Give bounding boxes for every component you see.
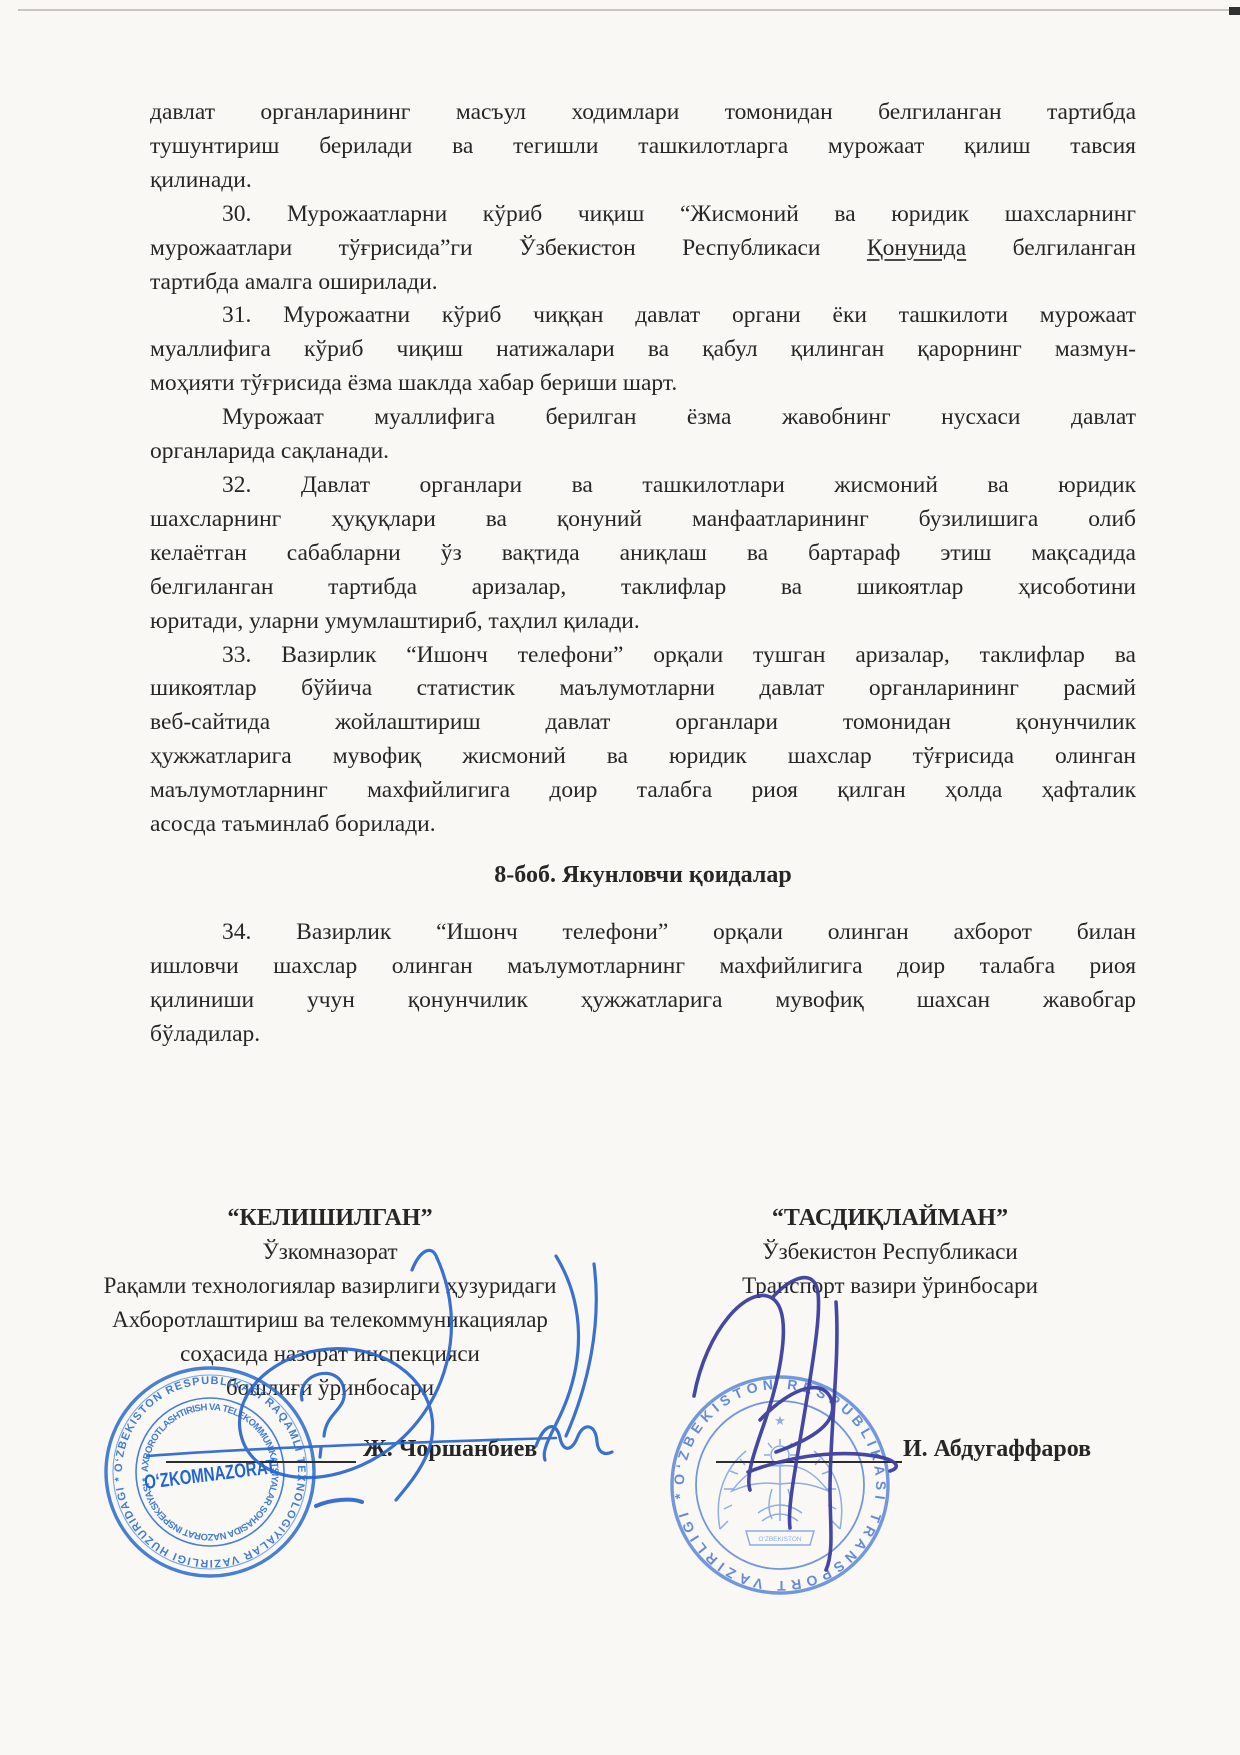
- paragraph-line: ҳужжатларига мувофиқ жисмоний ва юридик …: [150, 740, 1136, 774]
- paragraph-line: моҳияти тўғрисида ёзма шаклда хабар бери…: [150, 367, 1136, 401]
- signature-line-right: [716, 1461, 902, 1463]
- paragraph-line: тушунтириш берилади ва тегишли ташкилотл…: [150, 130, 1136, 164]
- paragraph-line: 30. Мурожаатларни кўриб чиқиш “Жисмоний …: [150, 198, 1136, 232]
- paragraph-line: маълумотларнинг махфийлигига доир талабг…: [150, 774, 1136, 808]
- paragraph-line: мурожаатлари тўғрисида”ги Ўзбекистон Рес…: [150, 232, 1136, 266]
- paragraph-line: асосда таъминлаб борилади.: [150, 808, 1136, 842]
- paragraph-line: 31. Мурожаатни кўриб чиққан давлат орган…: [150, 299, 1136, 333]
- paragraph-line: 34. Вазирлик “Ишонч телефони” орқали оли…: [150, 916, 1136, 950]
- paragraph-line: ишловчи шахслар олинган маълумотларнинг …: [150, 950, 1136, 984]
- agreement-title: “КЕЛИШИЛГАН”: [55, 1201, 605, 1235]
- paragraph-line: келаётган сабабларни ўз вақтида аниқлаш …: [150, 537, 1136, 571]
- text-segment: мурожаатлари тўғрисида”ги Ўзбекистон Рес…: [150, 235, 867, 261]
- signer-name-right: И. Абдугаффаров: [903, 1436, 1091, 1463]
- paragraph-line: муаллифига кўриб чиқиш натижалари ва қаб…: [150, 333, 1136, 367]
- signer-name-left: Ж. Чоршанбиев: [363, 1436, 537, 1463]
- paragraph-line: шахсларнинг ҳуқуқлари ва қонуний манфаат…: [150, 503, 1136, 537]
- paragraph-line: қилинади.: [150, 164, 1136, 198]
- paragraph-line: 32. Давлат органлари ва ташкилотлари жис…: [150, 469, 1136, 503]
- org-line: Транспорт вазири ўринбосари: [640, 1269, 1140, 1303]
- emblem-star-icon: ★: [774, 1413, 786, 1428]
- approval-block-right: “ТАСДИҚЛАЙМАН” Ўзбекистон Республикаси Т…: [640, 1201, 1140, 1303]
- uzkomnazorat-stamp: O‘ZBEKISTON RESPUBLIKASI RAQAMLI TEXNOLO…: [98, 1360, 322, 1584]
- paragraph-line: тартибда амалга оширилади.: [150, 266, 1136, 300]
- approval-title: “ТАСДИҚЛАЙМАН”: [640, 1201, 1140, 1235]
- paragraph-line: қилиниши учун қонунчилик ҳужжатларига му…: [150, 984, 1136, 1018]
- chapter-heading: 8-боб. Якунловчи қоидалар: [150, 858, 1136, 892]
- paragraph-line: шикоятлар бўйича статистик маълумотларни…: [150, 672, 1136, 706]
- transport-ministry-stamp: O‘ZBEKISTON RESPUBLIKASI TRANSPORT VAZIR…: [664, 1369, 896, 1601]
- paragraph-line: Мурожаат муаллифига берилган ёзма жавобн…: [150, 401, 1136, 435]
- org-line: Ўзкомназорат: [55, 1235, 605, 1269]
- org-line: Ўзбекистон Республикаси: [640, 1235, 1140, 1269]
- scan-artifact-corner-mark: [1229, 7, 1240, 15]
- paragraph-line: юритади, уларни умумлаштириб, таҳлил қил…: [150, 605, 1136, 639]
- org-line: Ахборотлаштириш ва телекоммуникациялар: [55, 1303, 605, 1337]
- paragraph-line: давлат органларининг масъул ходимлари то…: [150, 96, 1136, 130]
- scan-artifact-top-line: [18, 9, 1240, 11]
- signature-line-left: [166, 1461, 356, 1463]
- uzbekistan-emblem: ★ O‘ZBEKISTON: [718, 1413, 841, 1545]
- law-reference-link: Қонунида: [867, 235, 966, 261]
- document-body: давлат органларининг масъул ходимлари то…: [150, 96, 1136, 1052]
- scanned-document-page: давлат органларининг масъул ходимлари то…: [0, 0, 1240, 1755]
- paragraph-line: веб-сайтида жойлаштириш давлат органлари…: [150, 706, 1136, 740]
- text-segment: белгиланган: [966, 235, 1136, 261]
- paragraph-line: 33. Вазирлик “Ишонч телефони” орқали туш…: [150, 639, 1136, 673]
- paragraph-line: бўладилар.: [150, 1018, 1136, 1052]
- emblem-banner-text: O‘ZBEKISTON: [758, 1536, 802, 1543]
- paragraph-line: белгиланган тартибда аризалар, таклифлар…: [150, 571, 1136, 605]
- org-line: Рақамли технологиялар вазирлиги ҳузурида…: [55, 1269, 605, 1303]
- paragraph-line: органларида сақланади.: [150, 435, 1136, 469]
